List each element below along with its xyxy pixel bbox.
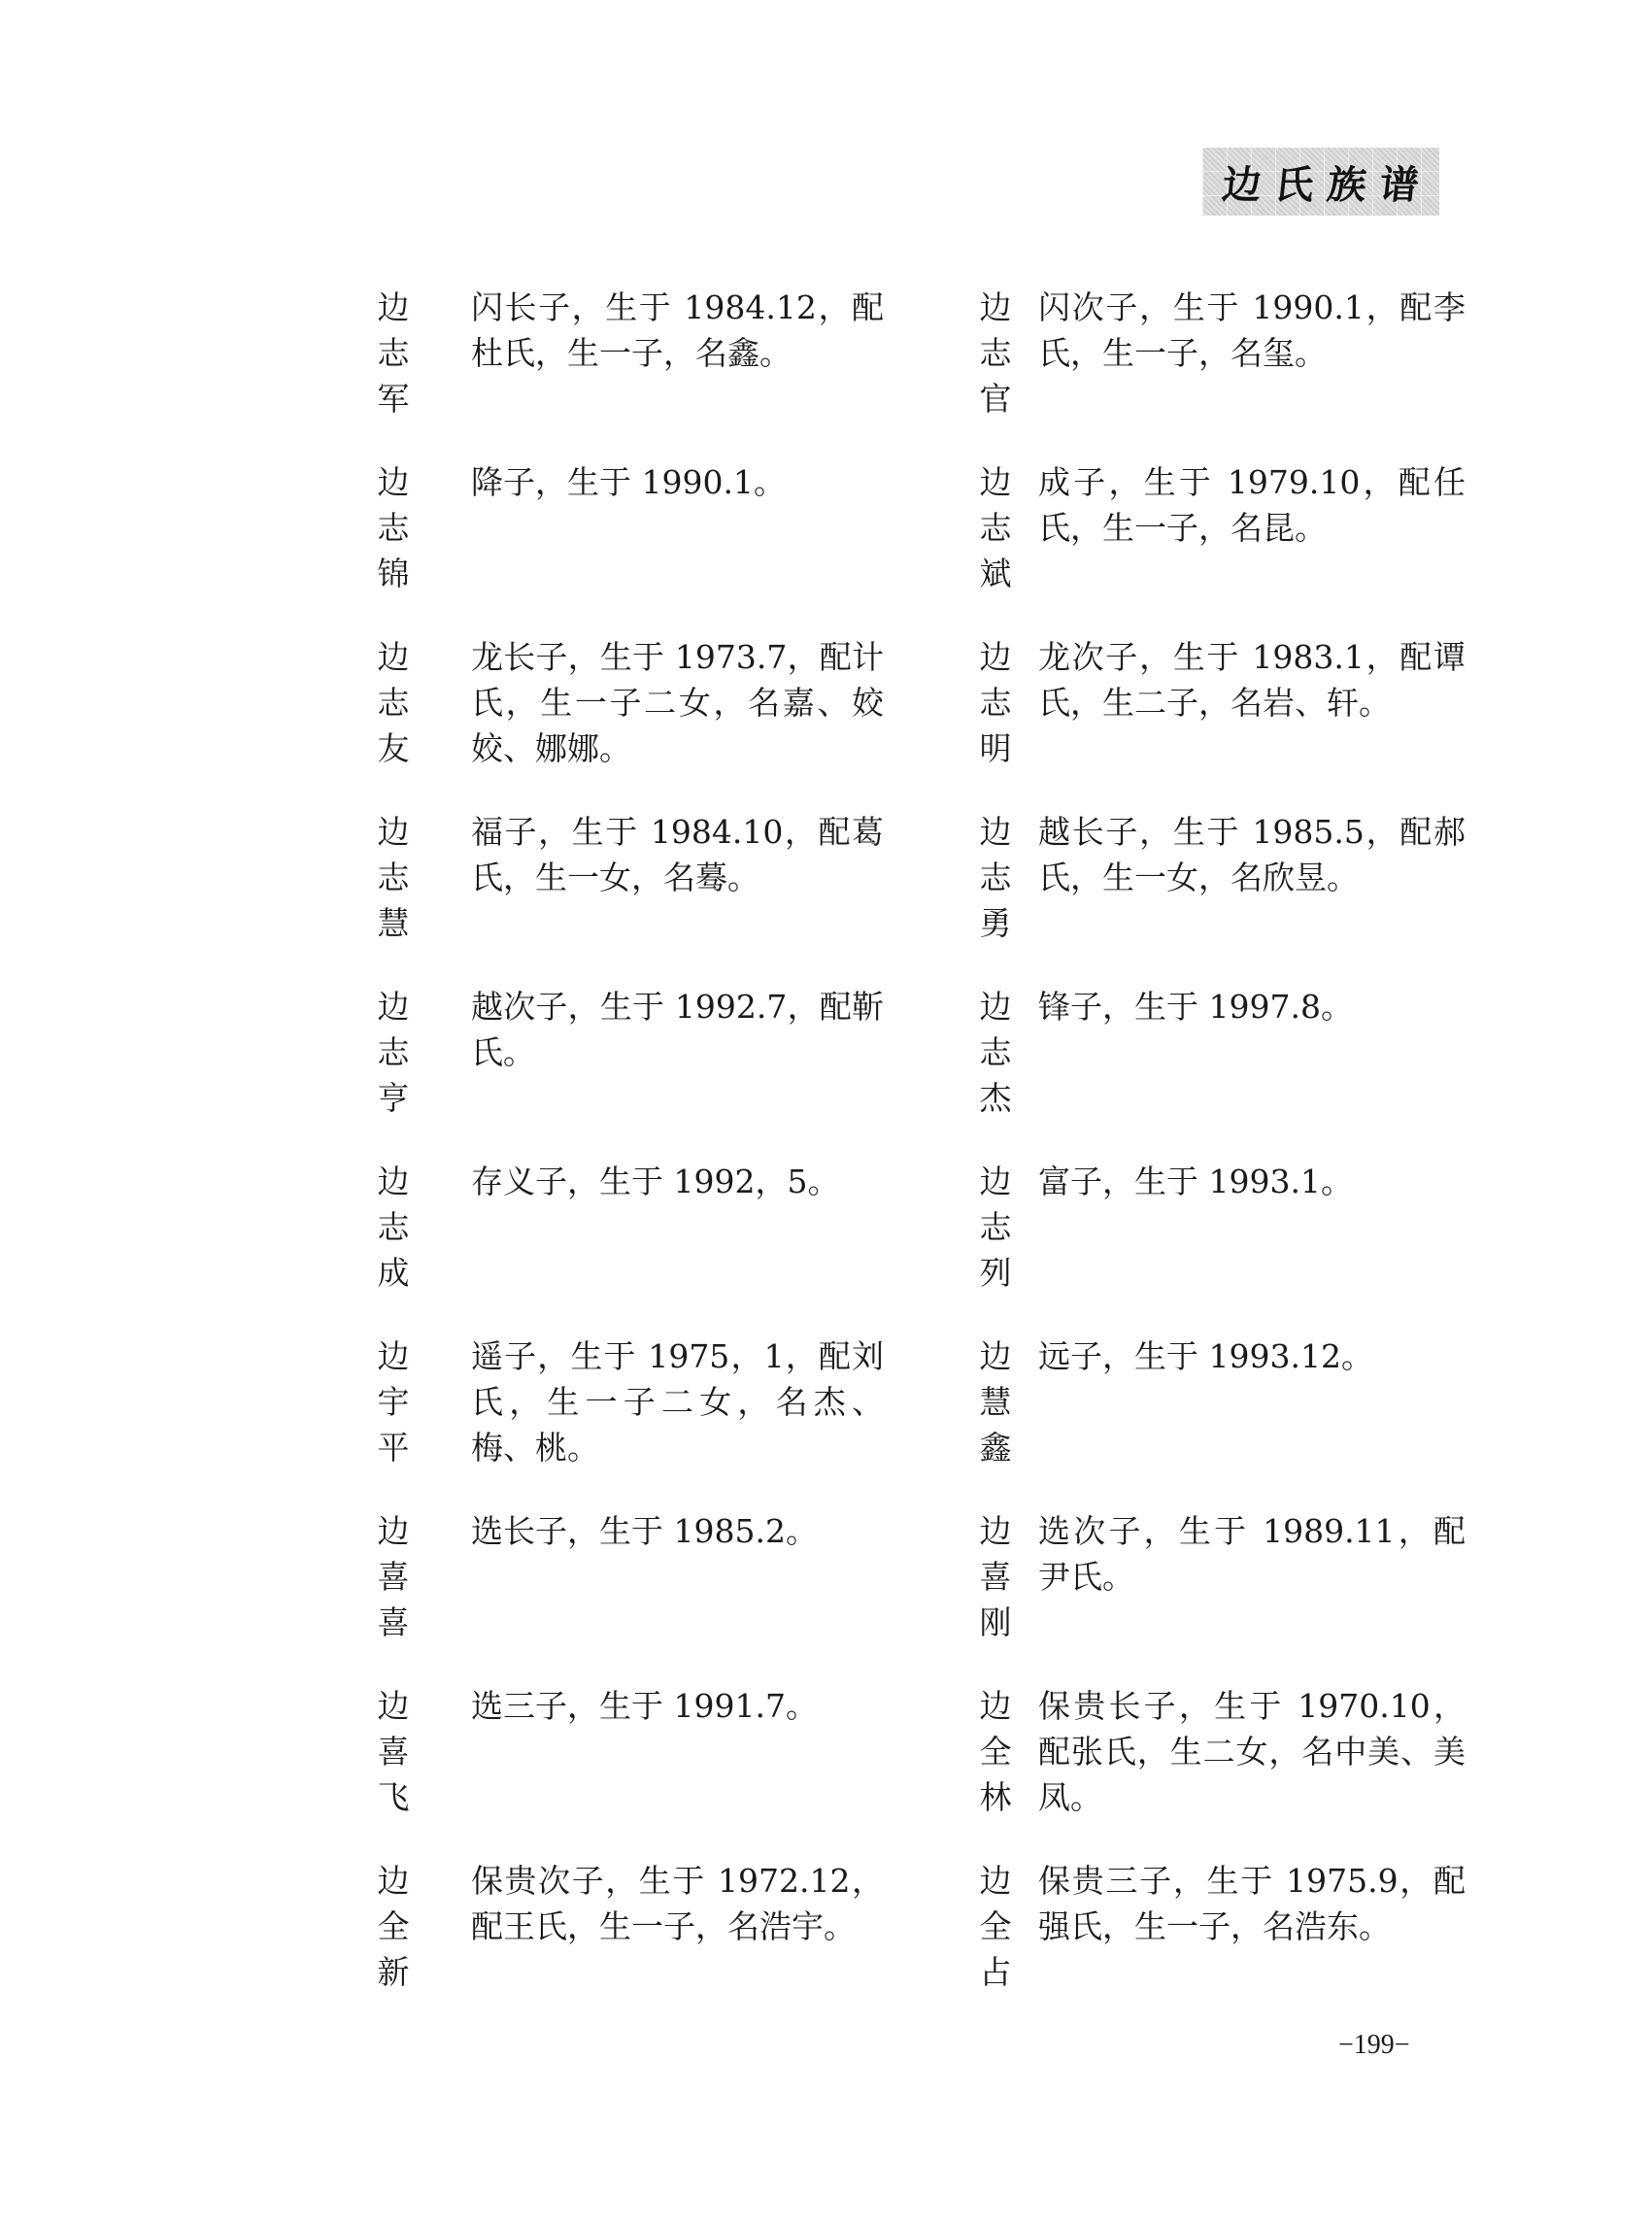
person-name: 边 志 勇 bbox=[976, 809, 1015, 946]
person-description: 越次子，生于 1992.7，配靳氏。 bbox=[471, 984, 884, 1075]
person-description: 远子，生于 1993.12。 bbox=[1038, 1333, 1466, 1379]
name-char: 斌 bbox=[976, 551, 1015, 596]
person-name: 边 全 新 bbox=[374, 1858, 413, 1995]
person-description: 闪长子，生于 1984.12，配杜氏，生一子，名鑫。 bbox=[471, 285, 884, 376]
name-char: 鑫 bbox=[976, 1425, 1015, 1470]
person-name: 边 喜 飞 bbox=[374, 1683, 413, 1820]
genealogy-entry: 边 志 成 存义子，生于 1992，5。 bbox=[374, 1159, 918, 1314]
name-char: 志 bbox=[374, 855, 413, 900]
name-char: 边 bbox=[374, 809, 413, 855]
name-char: 边 bbox=[374, 1858, 413, 1904]
name-char: 友 bbox=[374, 725, 413, 771]
genealogy-entry: 边 志 斌 成子，生于 1979.10，配任氏，生一子，名昆。 bbox=[976, 459, 1520, 615]
genealogy-entry: 边 志 勇 越长子，生于 1985.5，配郝氏，生一女，名欣昱。 bbox=[976, 809, 1520, 964]
genealogy-entry: 边 慧 鑫 远子，生于 1993.12。 bbox=[976, 1333, 1520, 1489]
name-char: 占 bbox=[976, 1949, 1015, 1995]
genealogy-entry: 边 志 亨 越次子，生于 1992.7，配靳氏。 bbox=[374, 984, 918, 1139]
name-char: 志 bbox=[374, 1204, 413, 1250]
person-name: 边 志 友 bbox=[374, 634, 413, 771]
name-char: 林 bbox=[976, 1774, 1015, 1820]
name-char: 边 bbox=[374, 1508, 413, 1554]
genealogy-entry: 边 志 列 富子，生于 1993.1。 bbox=[976, 1159, 1520, 1314]
person-name: 边 志 慧 bbox=[374, 809, 413, 946]
name-char: 边 bbox=[976, 1508, 1015, 1554]
name-char: 亨 bbox=[374, 1075, 413, 1121]
person-name: 边 全 林 bbox=[976, 1683, 1015, 1820]
person-description: 保贵次子，生于 1972.12，配王氏，生一子，名浩宇。 bbox=[471, 1858, 884, 1949]
name-char: 锦 bbox=[374, 551, 413, 596]
name-char: 边 bbox=[374, 459, 413, 505]
person-name: 边 全 占 bbox=[976, 1858, 1015, 1995]
name-char: 志 bbox=[976, 680, 1015, 725]
name-char: 成 bbox=[374, 1250, 413, 1296]
person-description: 选次子，生于 1989.11，配尹氏。 bbox=[1038, 1508, 1466, 1600]
name-char: 全 bbox=[976, 1904, 1015, 1949]
name-char: 喜 bbox=[976, 1554, 1015, 1600]
name-char: 边 bbox=[976, 809, 1015, 855]
person-name: 边 喜 刚 bbox=[976, 1508, 1015, 1645]
person-description: 存义子，生于 1992，5。 bbox=[471, 1159, 884, 1204]
name-char: 喜 bbox=[374, 1554, 413, 1600]
genealogy-entry: 边 志 官 闪次子，生于 1990.1，配李氏，生一子，名玺。 bbox=[976, 285, 1520, 440]
genealogy-entry: 边 志 杰 锋子，生于 1997.8。 bbox=[976, 984, 1520, 1139]
genealogy-entry: 边 志 友 龙长子，生于 1973.7，配计氏，生一子二女，名嘉、姣姣、娜娜。 bbox=[374, 634, 918, 790]
genealogy-entry: 边 喜 刚 选次子，生于 1989.11，配尹氏。 bbox=[976, 1508, 1520, 1664]
header-title: 边氏族谱 bbox=[1206, 154, 1435, 210]
person-description: 遥子，生于 1975，1，配刘氏，生一子二女，名杰、梅、桃。 bbox=[471, 1333, 884, 1470]
person-description: 选三子，生于 1991.7。 bbox=[471, 1683, 884, 1729]
name-char: 志 bbox=[976, 330, 1015, 376]
name-char: 边 bbox=[374, 285, 413, 330]
person-name: 边 志 明 bbox=[976, 634, 1015, 771]
name-char: 飞 bbox=[374, 1774, 413, 1820]
name-char: 边 bbox=[374, 984, 413, 1029]
name-char: 宇 bbox=[374, 1379, 413, 1425]
person-name: 边 慧 鑫 bbox=[976, 1333, 1015, 1470]
name-char: 勇 bbox=[976, 900, 1015, 946]
person-name: 边 志 杰 bbox=[976, 984, 1015, 1121]
person-name: 边 宇 平 bbox=[374, 1333, 413, 1470]
genealogy-entry: 边 全 新 保贵次子，生于 1972.12，配王氏，生一子，名浩宇。 bbox=[374, 1858, 918, 2013]
person-name: 边 志 官 bbox=[976, 285, 1015, 422]
person-name: 边 志 亨 bbox=[374, 984, 413, 1121]
genealogy-entry: 边 全 占 保贵三子，生于 1975.9，配强氏，生一子，名浩东。 bbox=[976, 1858, 1520, 2013]
page-number: −199− bbox=[1338, 2030, 1410, 2061]
genealogy-entry: 边 志 锦 降子，生于 1990.1。 bbox=[374, 459, 918, 615]
person-description: 选长子，生于 1985.2。 bbox=[471, 1508, 884, 1554]
person-description: 保贵三子，生于 1975.9，配强氏，生一子，名浩东。 bbox=[1038, 1858, 1466, 1949]
person-name: 边 喜 喜 bbox=[374, 1508, 413, 1645]
person-name: 边 志 成 bbox=[374, 1159, 413, 1296]
name-char: 慧 bbox=[976, 1379, 1015, 1425]
name-char: 全 bbox=[374, 1904, 413, 1949]
name-char: 新 bbox=[374, 1949, 413, 1995]
person-description: 保贵长子，生于 1970.10，配张氏，生二女，名中美、美凤。 bbox=[1038, 1683, 1466, 1820]
name-char: 边 bbox=[976, 285, 1015, 330]
name-char: 志 bbox=[976, 505, 1015, 551]
name-char: 官 bbox=[976, 376, 1015, 422]
person-name: 边 志 锦 bbox=[374, 459, 413, 596]
name-char: 边 bbox=[976, 634, 1015, 680]
genealogy-entry: 边 志 军 闪长子，生于 1984.12，配杜氏，生一子，名鑫。 bbox=[374, 285, 918, 440]
person-description: 龙次子，生于 1983.1，配谭氏，生二子，名岩、轩。 bbox=[1038, 634, 1466, 725]
person-name: 边 志 列 bbox=[976, 1159, 1015, 1296]
name-char: 边 bbox=[374, 1333, 413, 1379]
person-description: 成子，生于 1979.10，配任氏，生一子，名昆。 bbox=[1038, 459, 1466, 551]
name-char: 喜 bbox=[374, 1729, 413, 1774]
name-char: 边 bbox=[976, 1858, 1015, 1904]
person-description: 越长子，生于 1985.5，配郝氏，生一女，名欣昱。 bbox=[1038, 809, 1466, 900]
name-char: 边 bbox=[976, 1333, 1015, 1379]
name-char: 边 bbox=[976, 1683, 1015, 1729]
genealogy-entry: 边 全 林 保贵长子，生于 1970.10，配张氏，生二女，名中美、美凤。 bbox=[976, 1683, 1520, 1838]
genealogy-entry: 边 喜 喜 选长子，生于 1985.2。 bbox=[374, 1508, 918, 1664]
name-char: 边 bbox=[374, 1159, 413, 1204]
person-description: 福子，生于 1984.10，配葛氏，生一女，名蓦。 bbox=[471, 809, 884, 900]
name-char: 刚 bbox=[976, 1600, 1015, 1645]
person-description: 富子，生于 1993.1。 bbox=[1038, 1159, 1466, 1204]
name-char: 喜 bbox=[374, 1600, 413, 1645]
name-char: 列 bbox=[976, 1250, 1015, 1296]
name-char: 志 bbox=[374, 1029, 413, 1075]
name-char: 志 bbox=[976, 1204, 1015, 1250]
name-char: 志 bbox=[976, 855, 1015, 900]
name-char: 志 bbox=[374, 680, 413, 725]
name-char: 慧 bbox=[374, 900, 413, 946]
name-char: 边 bbox=[976, 984, 1015, 1029]
genealogy-entry: 边 喜 飞 选三子，生于 1991.7。 bbox=[374, 1683, 918, 1838]
person-name: 边 志 斌 bbox=[976, 459, 1015, 596]
name-char: 军 bbox=[374, 376, 413, 422]
genealogy-entry: 边 宇 平 遥子，生于 1975，1，配刘氏，生一子二女，名杰、梅、桃。 bbox=[374, 1333, 918, 1489]
person-description: 龙长子，生于 1973.7，配计氏，生一子二女，名嘉、姣姣、娜娜。 bbox=[471, 634, 884, 771]
genealogy-entry: 边 志 明 龙次子，生于 1983.1，配谭氏，生二子，名岩、轩。 bbox=[976, 634, 1520, 790]
name-char: 志 bbox=[374, 505, 413, 551]
person-description: 锋子，生于 1997.8。 bbox=[1038, 984, 1466, 1029]
name-char: 全 bbox=[976, 1729, 1015, 1774]
name-char: 志 bbox=[976, 1029, 1015, 1075]
person-name: 边 志 军 bbox=[374, 285, 413, 422]
name-char: 边 bbox=[976, 1159, 1015, 1204]
name-char: 边 bbox=[374, 1683, 413, 1729]
person-description: 闪次子，生于 1990.1，配李氏，生一子，名玺。 bbox=[1038, 285, 1466, 376]
name-char: 边 bbox=[976, 459, 1015, 505]
genealogy-entry: 边 志 慧 福子，生于 1984.10，配葛氏，生一女，名蓦。 bbox=[374, 809, 918, 964]
header-title-box: 边氏族谱 bbox=[1202, 148, 1439, 216]
name-char: 明 bbox=[976, 725, 1015, 771]
name-char: 志 bbox=[374, 330, 413, 376]
person-description: 降子，生于 1990.1。 bbox=[471, 459, 884, 505]
name-char: 边 bbox=[374, 634, 413, 680]
name-char: 杰 bbox=[976, 1075, 1015, 1121]
name-char: 平 bbox=[374, 1425, 413, 1470]
